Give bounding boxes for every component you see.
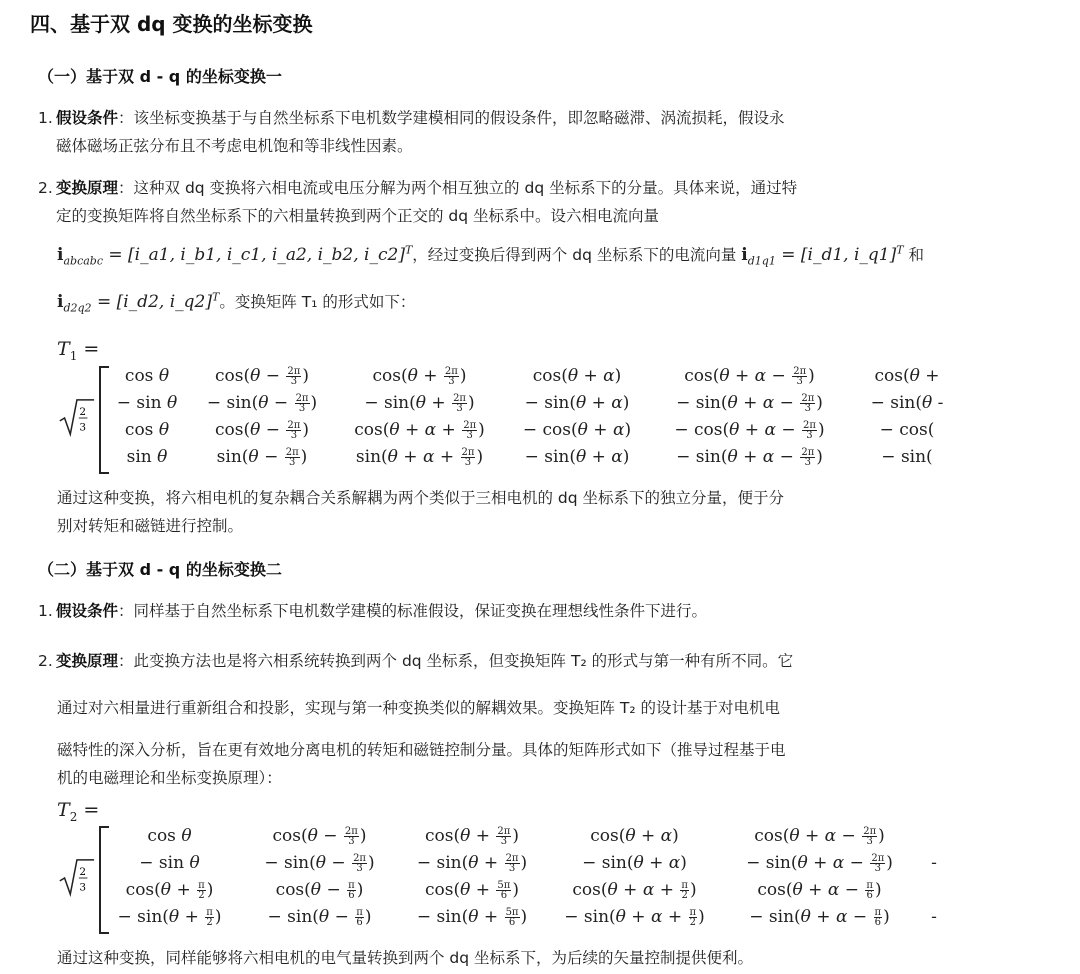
- item-text: ：此变换方法也是将六相系统转换到两个 dq 坐标系，但变换矩阵 T₂ 的形式与第…: [118, 652, 793, 670]
- matrix-cell: cos(θ + π2): [107, 880, 232, 900]
- math-expression: id1q1 = [i_d1, i_q1]T: [741, 245, 903, 265]
- matrix-cell: cos θ: [107, 366, 187, 386]
- matrix-cell: − cos(: [852, 420, 947, 440]
- matrix-cell: − sin(θ -: [852, 393, 947, 413]
- item-text: ：同样基于自然坐标系下电机数学建模的标准假设，保证变换在理想线性条件下进行。: [118, 602, 707, 620]
- matrix-cell: − sin(θ − 2π3): [247, 853, 392, 873]
- subsection-heading-2: （二）基于双 d - q 的坐标变换二: [38, 557, 282, 580]
- item-label: 假设条件: [56, 602, 118, 620]
- matrix-cell: cos(θ + α): [512, 366, 642, 386]
- matrix-cell: − sin(θ + α − 2π3): [657, 447, 842, 467]
- matrix-cell: -: [919, 907, 947, 927]
- matrix-cell: − sin(θ + α + π2): [547, 907, 722, 927]
- list-item: 2. 变换原理：此变换方法也是将六相系统转换到两个 dq 坐标系，但变换矩阵 T…: [38, 647, 948, 675]
- list-number: 1.: [38, 597, 53, 625]
- matrix-cell: − sin(θ + α): [512, 393, 642, 413]
- matrix-cell: − sin(θ + 2π3): [397, 853, 547, 873]
- paragraph: 通过这种变换，将六相电机的复杂耦合关系解耦为两个类似于三相电机的 dq 坐标系下…: [57, 484, 957, 540]
- matrix-cell: − sin(θ + 5π6): [397, 907, 547, 927]
- sqrt-icon: 2 3: [57, 398, 95, 438]
- matrix-cell: − sin(θ + π2): [107, 907, 232, 927]
- svg-text:3: 3: [79, 421, 86, 433]
- item-text: 和: [904, 246, 924, 264]
- item-text: ，经过变换后得到两个 dq 坐标系下的电流向量: [412, 246, 741, 264]
- matrix-cell: cos(θ − 2π3): [192, 420, 332, 440]
- item-text: ：这种双 dq 变换将六相电流或电压分解为两个相互独立的 dq 坐标系下的分量。…: [118, 179, 797, 197]
- matrix-cell: sin(θ + α + 2π3): [337, 447, 502, 467]
- svg-text:3: 3: [79, 881, 86, 893]
- matrix-cell: − sin θ: [107, 393, 187, 413]
- matrix-cell: − sin(θ + α): [547, 853, 722, 873]
- matrix-cell: − cos(θ + α): [512, 420, 642, 440]
- matrix-cell: − sin(θ + α − 2π3): [732, 853, 907, 873]
- sqrt-icon: 2 3: [57, 858, 95, 898]
- item-label: 变换原理: [56, 179, 118, 197]
- matrix-cell: − sin(θ + 2π3): [337, 393, 502, 413]
- matrix-cell: − sin(θ + α − π6): [732, 907, 907, 927]
- item-text: ：该坐标变换基于与自然坐标系下电机数学建模相同的假设条件，即忽略磁滞、涡流损耗，…: [118, 109, 785, 127]
- matrix-label-t2: T2 =: [57, 799, 99, 824]
- math-line: iabcabc = [i_a1, i_b1, i_c1, i_a2, i_b2,…: [57, 243, 924, 267]
- matrix-cell: cos(θ − 2π3): [192, 366, 332, 386]
- matrix-cell: sin θ: [107, 447, 187, 467]
- list-number: 2.: [38, 647, 53, 675]
- matrix-cell: cos(θ +: [852, 366, 947, 386]
- matrix-cell: cos(θ + 5π6): [397, 880, 547, 900]
- matrix-cell: -: [919, 853, 947, 873]
- matrix-label-t1: T1 =: [57, 338, 99, 363]
- paragraph: 磁特性的深入分析，旨在更有效地分离电机的转矩和磁链控制分量。具体的矩阵形式如下（…: [57, 736, 957, 792]
- matrix-cell: cos(θ + α − π6): [732, 880, 907, 900]
- matrix-cell: cos θ: [107, 826, 232, 846]
- matrix-cell: − cos(θ + α − 2π3): [657, 420, 842, 440]
- item-label: 变换原理: [56, 652, 118, 670]
- matrix-t1: 2 3 cos θcos(θ − 2π3)cos(θ + 2π3)cos(θ +…: [57, 364, 947, 476]
- matrix-cell: − sin(θ + α − 2π3): [657, 393, 842, 413]
- math-expression: id2q2 = [i_d2, i_q2]T: [57, 292, 219, 312]
- paragraph: 通过这种变换，同样能够将六相电机的电气量转换到两个 dq 坐标系下，为后续的矢量…: [57, 944, 957, 972]
- svg-text:2: 2: [79, 406, 86, 418]
- matrix-cell: cos(θ + 2π3): [337, 366, 502, 386]
- matrix-cell: cos(θ + α + π2): [547, 880, 722, 900]
- item-text: 。变换矩阵 T₁ 的形式如下：: [219, 293, 415, 311]
- list-number: 1.: [38, 104, 53, 132]
- matrix-cell: cos(θ + α + 2π3): [337, 420, 502, 440]
- item-text: 定的变换矩阵将自然坐标系下的六相量转换到两个正交的 dq 坐标系中。设六相电流向…: [56, 207, 659, 225]
- svg-text:2: 2: [79, 866, 86, 878]
- list-item: 1. 假设条件：该坐标变换基于与自然坐标系下电机数学建模相同的假设条件，即忽略磁…: [38, 104, 948, 160]
- matrix-t2: 2 3 cos θcos(θ − 2π3)cos(θ + 2π3)cos(θ +…: [57, 824, 947, 936]
- math-expression: iabcabc = [i_a1, i_b1, i_c1, i_a2, i_b2,…: [57, 245, 412, 265]
- matrix-cell: − sin(: [852, 447, 947, 467]
- matrix-cell: cos(θ + 2π3): [397, 826, 547, 846]
- matrix-cell: − sin(θ − 2π3): [192, 393, 332, 413]
- list-item: 2. 变换原理：这种双 dq 变换将六相电流或电压分解为两个相互独立的 dq 坐…: [38, 174, 948, 230]
- subsection-heading-1: （一）基于双 d - q 的坐标变换一: [38, 64, 282, 87]
- matrix-cell: cos(θ + α): [547, 826, 722, 846]
- paragraph: 通过对六相量进行重新组合和投影，实现与第一种变换类似的解耦效果。变换矩阵 T₂ …: [57, 694, 957, 722]
- matrix-cell: − sin(θ + α): [512, 447, 642, 467]
- item-label: 假设条件: [56, 109, 118, 127]
- matrix-cell: cos(θ − 2π3): [247, 826, 392, 846]
- matrix-cell: cos(θ + α − 2π3): [732, 826, 907, 846]
- list-item: 1. 假设条件：同样基于自然坐标系下电机数学建模的标准假设，保证变换在理想线性条…: [38, 597, 948, 625]
- section-title: 四、基于双 dq 变换的坐标变换: [30, 8, 313, 37]
- item-text: 磁体磁场正弦分布且不考虑电机饱和等非线性因素。: [56, 137, 413, 155]
- math-line: id2q2 = [i_d2, i_q2]T。变换矩阵 T₁ 的形式如下：: [57, 290, 415, 314]
- document-page: 四、基于双 dq 变换的坐标变换 （一）基于双 d - q 的坐标变换一 1. …: [0, 0, 1080, 974]
- matrix-cell: sin(θ − 2π3): [192, 447, 332, 467]
- matrix-cell: − sin(θ − π6): [247, 907, 392, 927]
- matrix-cell: cos θ: [107, 420, 187, 440]
- matrix-cell: cos(θ + α − 2π3): [657, 366, 842, 386]
- matrix-cell: − sin θ: [107, 853, 232, 873]
- list-number: 2.: [38, 174, 53, 202]
- matrix-cell: cos(θ − π6): [247, 880, 392, 900]
